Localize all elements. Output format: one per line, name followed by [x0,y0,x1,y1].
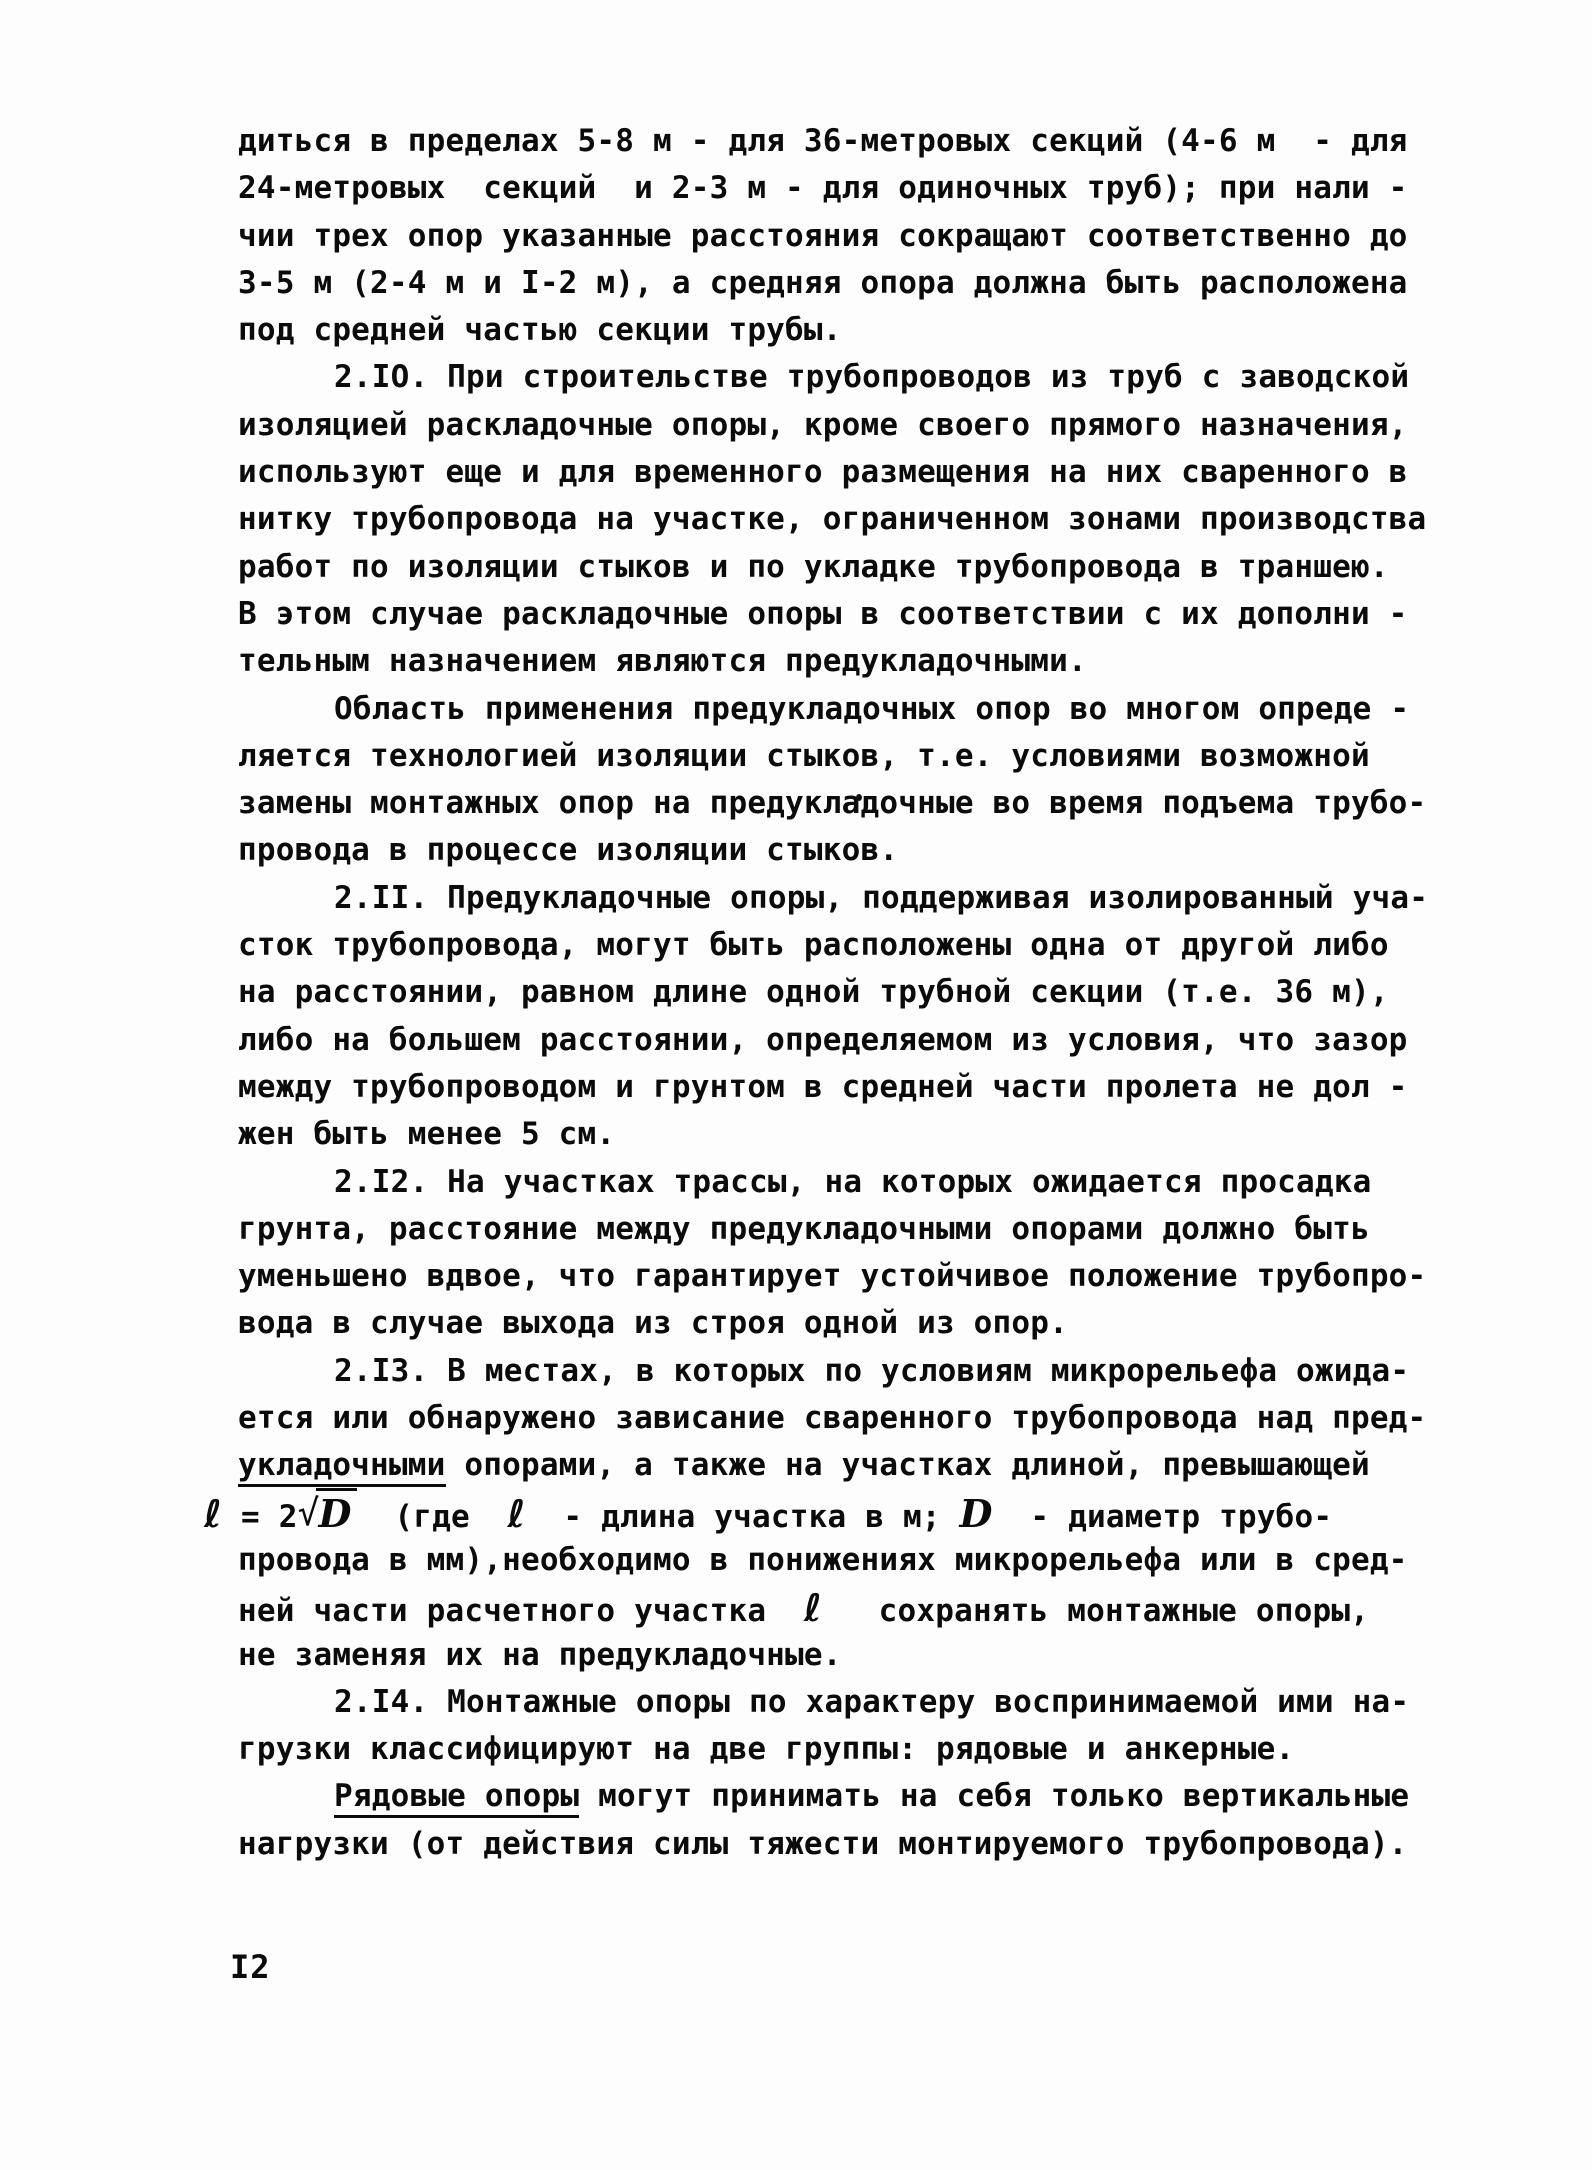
text-line: не заменяя их на предукладочные. [238,1632,1438,1679]
text-segment: на расстоянии, равном длине одной трубно… [238,974,1389,1010]
text-line: нитку трубопровода на участке, ограничен… [238,496,1438,543]
text-line: вода в случае выхода из строя одной из о… [238,1300,1438,1347]
text-segment: 2.I2. На участках трассы, на которых ожи… [334,1164,1372,1200]
text-line: между трубопроводом и грунтом в средней … [238,1064,1438,1111]
text-line: уменьшено вдвое, что гарантирует устойчи… [238,1253,1438,1300]
text-segment: грузки классифицируют на две группы: ряд… [238,1731,1294,1767]
text-line: грузки классифицируют на две группы: ряд… [238,1726,1438,1773]
text-line: В этом случае раскладочные опоры в соотв… [238,591,1438,638]
formula-symbol: √ [298,1493,320,1534]
text-segment: тельным назначением являются предукладоч… [238,643,1087,679]
text-line: сток трубопровода, могут быть расположен… [238,922,1438,969]
text-segment: - длина участка в м; [526,1499,960,1535]
text-line: 3-5 м (2-4 м и I-2 м), а средняя опора д… [238,260,1438,307]
text-segment: диться в пределах 5-8 м - для 36-метровы… [238,123,1408,159]
text-segment: ется или обнаружено зависание сваренного… [238,1400,1426,1436]
text-segment: 2.II. Предукладочные опоры, поддерживая … [334,880,1428,916]
text-segment: 2.IO. При строительстве трубопроводов из… [334,359,1409,395]
text-segment: Область применения предукладочных опор в… [334,691,1409,727]
text-line: жен быть менее 5 см. [238,1111,1438,1158]
document-page: диться в пределах 5-8 м - для 36-метровы… [0,0,1592,2170]
text-segment: могут принимать на себя только вертикаль… [579,1778,1409,1814]
text-line: 2.II. Предукладочные опоры, поддерживая … [238,875,1438,922]
text-line: провода в мм),необходимо в понижениях ми… [238,1537,1438,1584]
text-segment: замены монтажных опор на предукладочные … [238,785,1426,821]
text-segment: уменьшено вдвое, что гарантирует устойчи… [238,1258,1426,1294]
text-line: замены монтажных опор на предукладочные … [238,780,1438,827]
text-line: ется или обнаружено зависание сваренного… [238,1395,1438,1442]
formula-symbol: D [960,1491,993,1536]
text-line: Рядовые опоры могут принимать на себя то… [238,1773,1438,1820]
text-line: нагрузки (от действия силы тяжести монти… [238,1821,1438,1868]
text-line: работ по изоляции стыков и по укладке тр… [238,544,1438,591]
text-line: грунта, расстояние между предукладочными… [238,1206,1438,1253]
text-segment: В этом случае раскладочные опоры в соотв… [238,596,1408,632]
formula-symbol: ℓ [204,1491,222,1536]
underlined-text: Рядовые опоры [334,1778,579,1818]
text-segment: нагрузки (от действия силы тяжести монти… [238,1826,1408,1862]
text-segment: либо на большем расстоянии, определяемом… [238,1022,1408,1058]
text-segment: 3-5 м (2-4 м и I-2 м), а средняя опора д… [238,265,1408,301]
text-segment: вода в случае выхода из строя одной из о… [238,1305,1068,1341]
text-segment: 2.I3. В местах, в которых по условиям ми… [334,1353,1409,1389]
text-segment: ляется технологией изоляции стыков, т.е.… [238,738,1370,774]
text-line: укладочными опорами, а также на участках… [238,1442,1438,1489]
text-segment: провода в процессе изоляции стыков. [238,832,898,868]
text-segment: (где [357,1499,508,1535]
text-line: 2.I2. На участках трассы, на которых ожи… [238,1159,1438,1206]
formula-symbol: D [316,1488,356,1536]
text-line: 2.IO. При строительстве трубопроводов из… [238,354,1438,401]
text-line: либо на большем расстоянии, определяемом… [238,1017,1438,1064]
text-segment: - диаметр трубо- [993,1499,1333,1535]
text-segment: нитку трубопровода на участке, ограничен… [238,501,1426,537]
text-line: ляется технологией изоляции стыков, т.е.… [238,733,1438,780]
text-segment: под средней частью секции трубы. [238,312,842,348]
page-number: I2 [230,1948,271,1986]
text-segment: 2.I4. Монтажные опоры по характеру воспр… [334,1684,1409,1720]
text-segment: между трубопроводом и грунтом в средней … [238,1069,1408,1105]
text-line: ней части расчетного участка ℓ сохранять… [238,1584,1438,1631]
text-segment: работ по изоляции стыков и по укладке тр… [238,549,1389,585]
formula-line: ℓ = 2√D (где ℓ - длина участка в м; D - … [204,1490,1438,1537]
text-segment: сохранять монтажные опоры, [822,1593,1369,1629]
text-segment: чии трех опор указанные расстояния сокра… [238,218,1408,254]
text-segment: жен быть менее 5 см. [238,1116,615,1152]
text-segment: опорами, а также на участках длиной, пре… [446,1447,1370,1483]
text-segment: грунта, расстояние между предукладочными… [238,1211,1370,1247]
text-line: 2.I4. Монтажные опоры по характеру воспр… [238,1679,1438,1726]
text-line: Область применения предукладочных опор в… [238,686,1438,733]
text-line: 2.I3. В местах, в которых по условиям ми… [238,1348,1438,1395]
formula-symbol: ℓ [508,1491,526,1536]
text-segment: не заменяя их на предукладочные. [238,1637,842,1673]
text-line: на расстоянии, равном длине одной трубно… [238,969,1438,1016]
scan-artifact-dot [856,794,862,801]
text-line: под средней частью секции трубы. [238,307,1438,354]
formula-symbol: ℓ [804,1585,822,1630]
text-line: тельным назначением являются предукладоч… [238,638,1438,685]
text-segment: используют еще и для временного размещен… [238,454,1408,490]
underlined-text: укладочными [238,1447,446,1487]
text-line: чии трех опор указанные расстояния сокра… [238,213,1438,260]
text-segment: изоляцией раскладочные опоры, кроме свое… [238,407,1408,443]
text-segment: ней части расчетного участка [238,1593,804,1629]
text-segment: сток трубопровода, могут быть расположен… [238,927,1389,963]
text-segment: провода в мм),необходимо в понижениях ми… [238,1542,1408,1578]
text-segment: 24-метровых секций и 2-3 м - для одиночн… [238,170,1408,206]
text-line: изоляцией раскладочные опоры, кроме свое… [238,402,1438,449]
text-segment: = 2 [222,1499,297,1535]
text-line: 24-метровых секций и 2-3 м - для одиночн… [238,165,1438,212]
text-line: провода в процессе изоляции стыков. [238,827,1438,874]
text-line: используют еще и для временного размещен… [238,449,1438,496]
text-block: диться в пределах 5-8 м - для 36-метровы… [238,118,1438,1868]
text-line: диться в пределах 5-8 м - для 36-метровы… [238,118,1438,165]
